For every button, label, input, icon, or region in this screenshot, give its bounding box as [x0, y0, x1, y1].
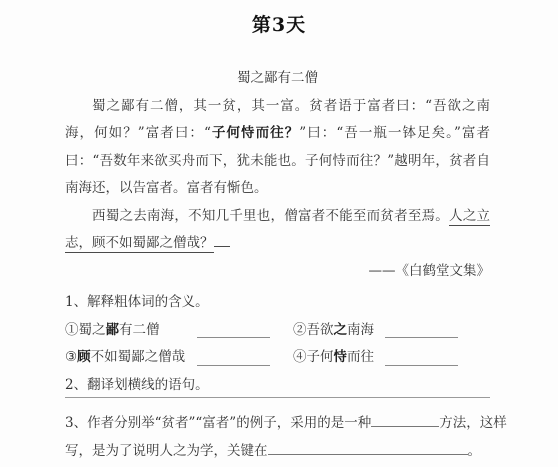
item-2-pre: 吾欲 [307, 322, 334, 338]
item-3-number: ③ [65, 349, 77, 365]
question-3-text: 3、作者分别举“贫者”“富者”的例子，采用的是一种方法，这样写，是为了说明人之为… [65, 410, 530, 465]
item-1-bold-word: 鄙 [106, 322, 120, 338]
item-4-pre: 子何 [307, 349, 334, 365]
item-4-post: 而往 [347, 349, 374, 365]
worksheet-page: 第3天 蜀之鄙有二僧 蜀之鄙有二僧，其一贫，其一富。贫者语于富者曰：“吾欲之南海… [0, 0, 558, 467]
bold-phrase: 子何恃而往？ [211, 125, 299, 141]
item-1-answer-blank [197, 337, 270, 338]
item-2-bold-word: 之 [334, 322, 348, 338]
item-2-number: ② [293, 322, 307, 338]
question-2-label: 2、翻译划横线的语句。 [65, 372, 490, 400]
q3-text-3: 。 [468, 443, 482, 459]
item-1-post: 有二僧 [119, 322, 160, 338]
page-content: 蜀之鄙有二僧 蜀之鄙有二僧，其一贫，其一富。贫者语于富者曰：“吾欲之南海，何如？… [0, 65, 558, 465]
q3-method-blank [371, 413, 439, 427]
item-1-number: ① [65, 322, 79, 338]
q1-item-2: ②吾欲之南海 [293, 317, 490, 345]
question-1-label: 1、解释粗体词的含义。 [65, 289, 490, 317]
item-2-answer-blank [385, 337, 458, 338]
item-4-number: ④ [293, 349, 307, 365]
passage-paragraph-1: 蜀之鄙有二僧，其一贫，其一富。贫者语于富者曰：“吾欲之南海，何如？”富者曰：“子… [65, 93, 490, 203]
q1-item-1: ①蜀之鄙有二僧 [65, 317, 293, 345]
underline-extension [214, 233, 230, 247]
paragraph-2-text: 西蜀之去南海，不知几千里也，僧富者不能至而贫者至焉。 [92, 208, 449, 224]
item-1-pre: 蜀之 [79, 322, 106, 338]
source-attribution: ——《白鹤堂文集》 [65, 258, 490, 286]
passage-paragraph-2: 西蜀之去南海，不知几千里也，僧富者不能至而贫者至焉。人之立志，顾不如蜀鄙之僧哉？ [65, 203, 490, 258]
page-title: 第3天 [0, 0, 558, 38]
item-2-post: 南海 [347, 322, 374, 338]
item-4-bold-word: 恃 [334, 349, 348, 365]
item-4-answer-blank [385, 365, 458, 366]
item-3-post: 不如蜀鄙之僧哉 [91, 349, 186, 365]
q1-item-3: ③顾不如蜀鄙之僧哉 [65, 344, 293, 372]
q3-text-1: 3、作者分别举“贫者”“富者”的例子，采用的是一种 [65, 415, 371, 431]
q3-key-blank [268, 441, 468, 455]
q1-item-4: ④子何恃而往 [293, 344, 490, 372]
question-1-items: ①蜀之鄙有二僧 ②吾欲之南海 ③顾不如蜀鄙之僧哉 ④子何恃而往 [65, 317, 490, 372]
item-3-answer-blank [197, 365, 270, 366]
item-3-bold-word: 顾 [77, 349, 91, 365]
passage-heading: 蜀之鄙有二僧 [65, 65, 490, 93]
